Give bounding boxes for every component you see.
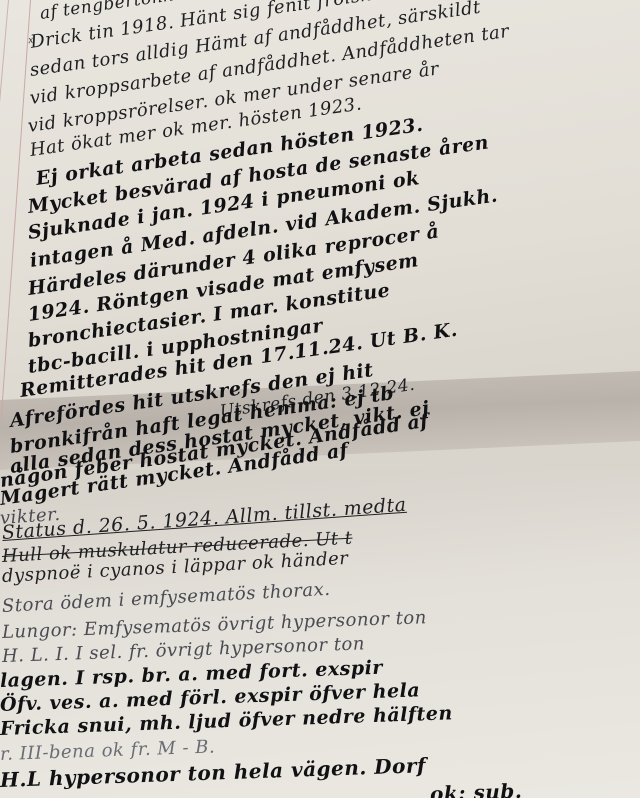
handwritten-line: ok: sub. — [430, 779, 523, 798]
